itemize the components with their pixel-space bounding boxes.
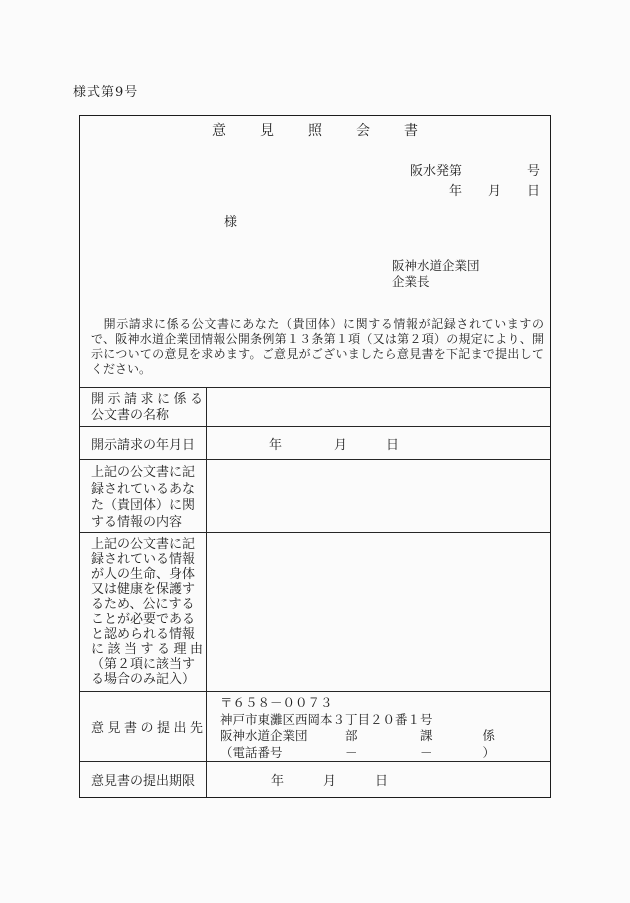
row-value-disclosure-reason xyxy=(207,533,550,691)
row-label-information-content: 上記の公文書に記 録されているあな た（貴団体）に関 する情報の内容 xyxy=(80,460,207,532)
form-table: 開示請求に係る 公文書の名称 開示請求の年月日 年 月 日 上記の公文書に記 録… xyxy=(80,387,550,797)
postal-code: 〒６５８－００７３ xyxy=(220,695,550,712)
sender-block: 阪神水道企業団 企業長 xyxy=(80,258,550,289)
sender-organization: 阪神水道企業団 xyxy=(392,258,550,274)
form-number: 様式第9号 xyxy=(73,81,138,100)
row-label-submission-deadline: 意見書の提出期限 xyxy=(80,762,207,797)
reference-block: 阪水発第 号 年 月 日 xyxy=(80,162,550,202)
table-row-request-date: 開示請求の年月日 年 月 日 xyxy=(80,426,550,459)
row-value-request-date: 年 月 日 xyxy=(207,427,550,459)
document-border-box: 意見照会書 阪水発第 号 年 月 日 様 阪神水道企業団 企業長 開示請求に係る… xyxy=(79,115,551,798)
phone-number-line: （電話番号 － － ） xyxy=(220,745,550,762)
document-title: 意見照会書 xyxy=(80,124,550,138)
row-label-disclosure-reason: 上記の公文書に記 録されている情報 が人の生命、身体 又は健康を保護す るため、… xyxy=(80,533,207,691)
table-row-document-name: 開示請求に係る 公文書の名称 xyxy=(80,387,550,426)
organization-department-line: 阪神水道企業団 部 課 係 xyxy=(220,728,550,745)
row-value-submission-deadline: 年 月 日 xyxy=(207,762,550,797)
addressee-suffix: 様 xyxy=(224,215,237,230)
addressee-line: 様 xyxy=(80,216,550,230)
sender-title: 企業長 xyxy=(392,274,550,290)
row-value-document-name xyxy=(207,388,550,426)
row-label-document-name: 開示請求に係る 公文書の名称 xyxy=(80,388,207,426)
table-row-information-content: 上記の公文書に記 録されているあな た（貴団体）に関 する情報の内容 xyxy=(80,459,550,532)
street-address: 神戸市東灘区西岡本３丁目２０番１号 xyxy=(220,712,550,729)
row-label-submission-address: 意見書の提出先 xyxy=(80,692,207,761)
reference-number-line: 阪水発第 号 xyxy=(80,162,540,182)
row-value-submission-address: 〒６５８－００７３ 神戸市東灘区西岡本３丁目２０番１号 阪神水道企業団 部 課 … xyxy=(207,692,550,761)
row-value-information-content xyxy=(207,460,550,532)
table-row-disclosure-reason: 上記の公文書に記 録されている情報 が人の生命、身体 又は健康を保護す るため、… xyxy=(80,532,550,691)
row-label-request-date: 開示請求の年月日 xyxy=(80,427,207,459)
table-row-submission-deadline: 意見書の提出期限 年 月 日 xyxy=(80,761,550,797)
table-row-submission-address: 意見書の提出先 〒６５８－００７３ 神戸市東灘区西岡本３丁目２０番１号 阪神水道… xyxy=(80,691,550,761)
date-line: 年 月 日 xyxy=(80,182,540,202)
body-paragraph: 開示請求に係る公文書にあなた（貴団体）に関する情報が記録されていますので、阪神水… xyxy=(91,317,544,377)
